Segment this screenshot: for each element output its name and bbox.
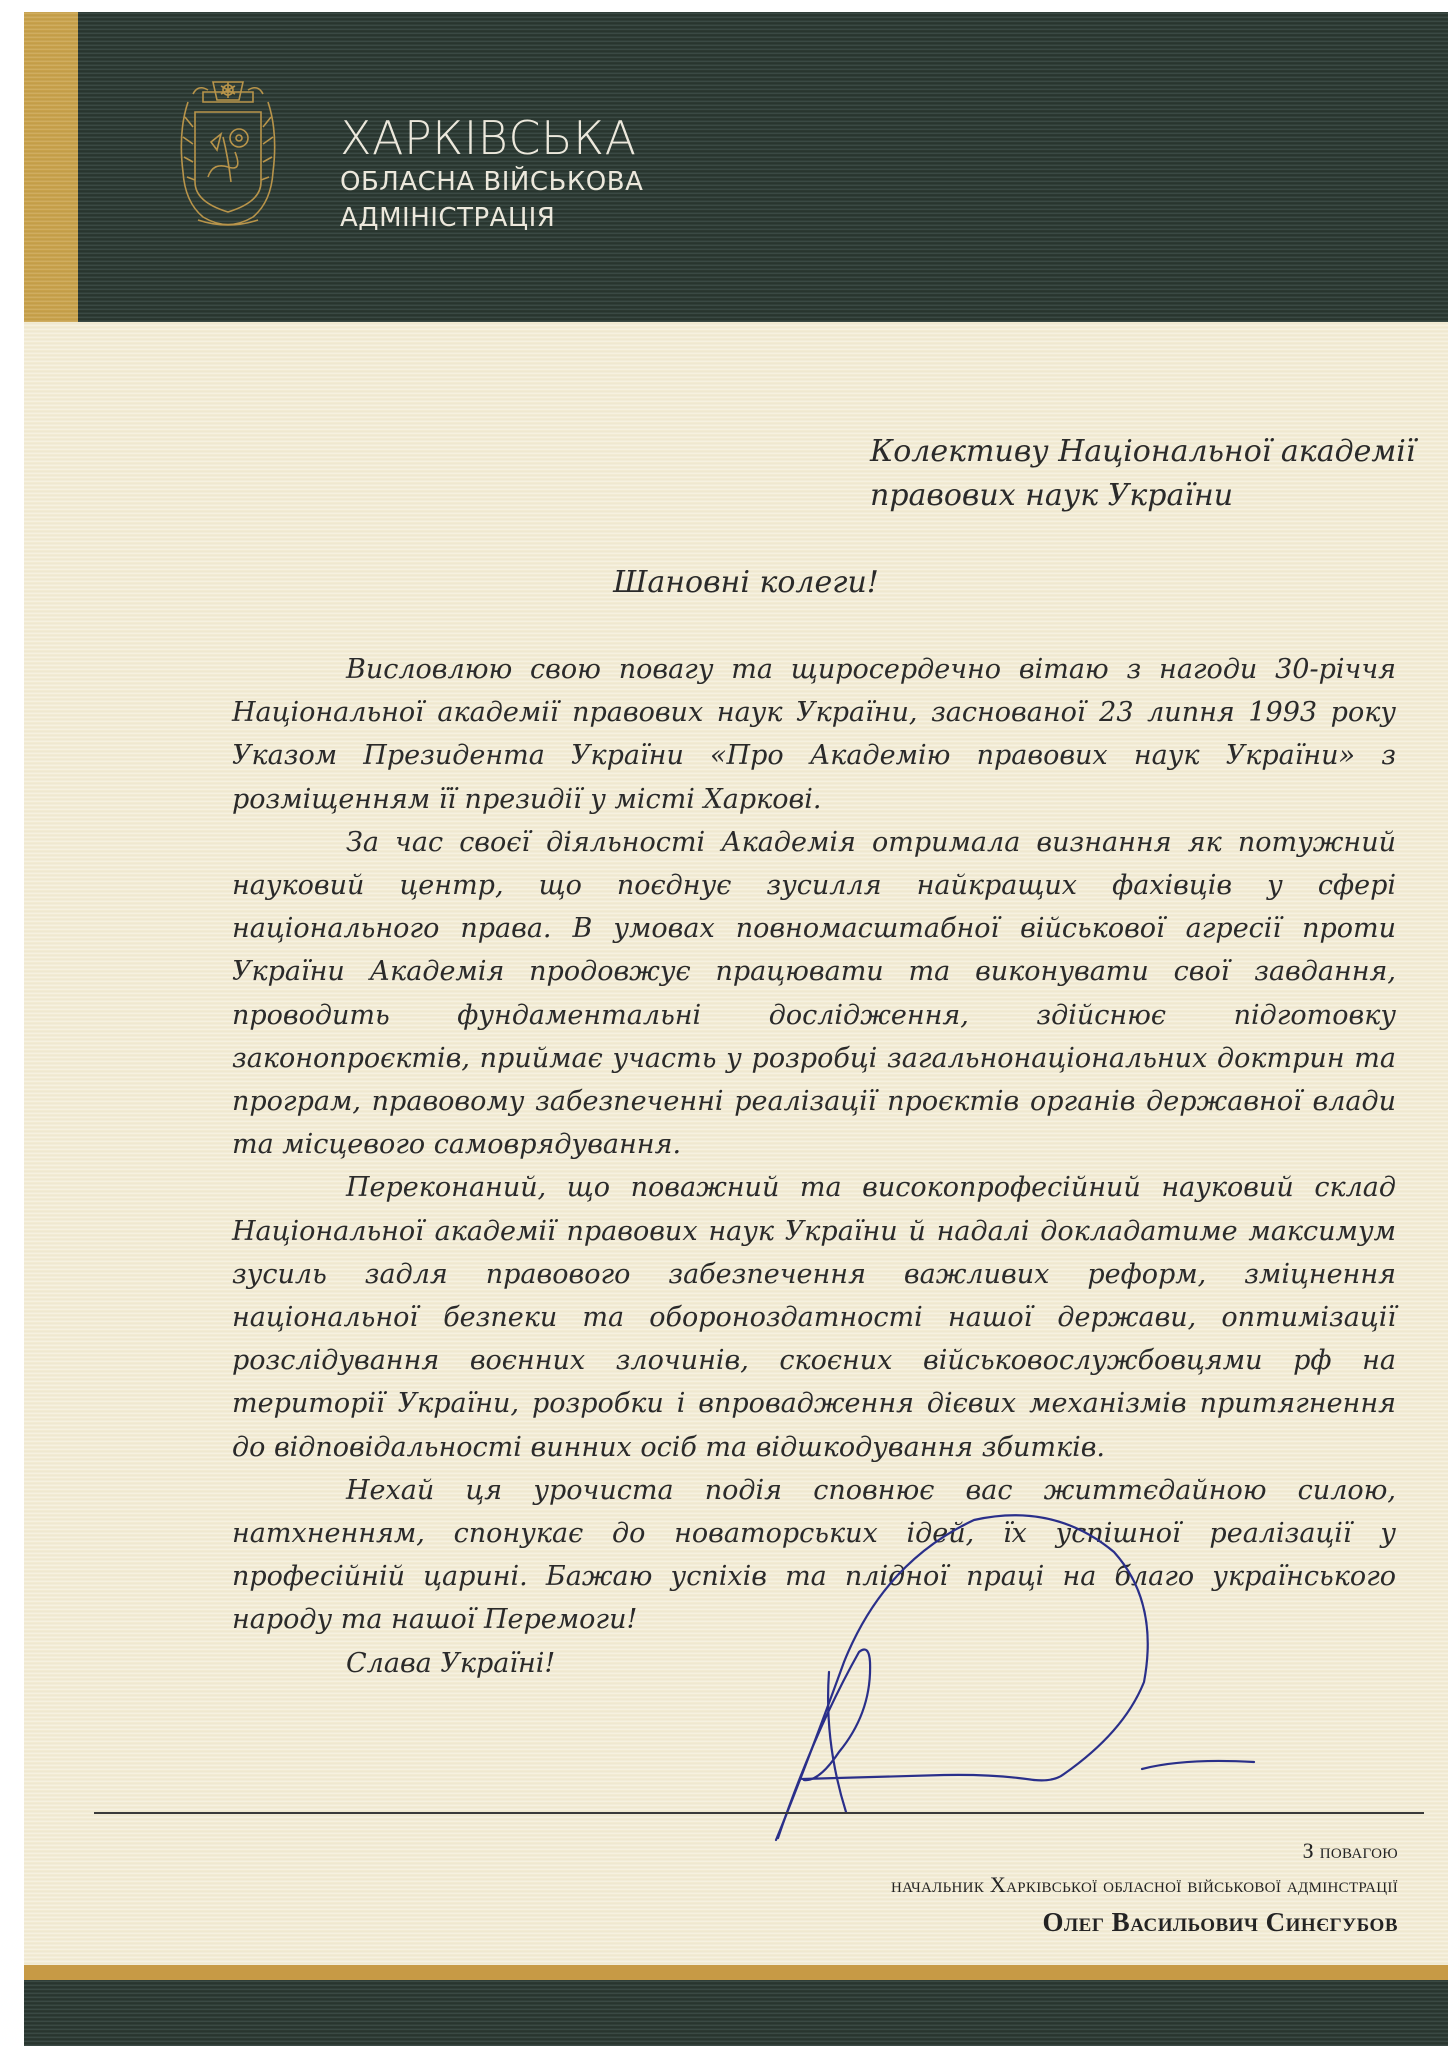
- letter-body: Висловлюю свою повагу та щиросердечно ві…: [232, 648, 1396, 1685]
- signoff-block: З повагою начальник Харківської обласної…: [891, 1834, 1398, 1942]
- organization-title: ХАРКІВСЬКА ОБЛАСНА ВІЙСЬКОВА АДМІНІСТРАЦ…: [340, 112, 643, 236]
- closing-exclamation: Слава Україні!: [232, 1642, 1396, 1685]
- footer-gold-stripe: [24, 1965, 1448, 1980]
- letterhead-green-band: ХАРКІВСЬКА ОБЛАСНА ВІЙСЬКОВА АДМІНІСТРАЦ…: [78, 12, 1448, 322]
- org-title-line-1: ХАРКІВСЬКА: [340, 112, 643, 164]
- signer-name: Олег Васильович Синєгубов: [891, 1902, 1398, 1942]
- signer-position: начальник Харківської обласної військово…: [891, 1868, 1398, 1902]
- recipient-line-1: Колективу Національної академії: [870, 430, 1415, 474]
- coat-of-arms-icon: [173, 72, 283, 232]
- org-title-line-2: ОБЛАСНА ВІЙСЬКОВА: [340, 164, 643, 200]
- regards-text: З повагою: [891, 1834, 1398, 1868]
- signature-divider: [94, 1812, 1424, 1814]
- letter-page: ХАРКІВСЬКА ОБЛАСНА ВІЙСЬКОВА АДМІНІСТРАЦ…: [24, 12, 1448, 2046]
- body-paragraph: Переконаний, що поважний та високопрофес…: [232, 1166, 1396, 1468]
- body-paragraph: Нехай ця урочиста подія сповнює вас житт…: [232, 1469, 1396, 1642]
- body-paragraph: Висловлюю свою повагу та щиросердечно ві…: [232, 648, 1396, 821]
- org-title-line-3: АДМІНІСТРАЦІЯ: [340, 200, 643, 236]
- recipient-line-2: правових наук України: [870, 474, 1415, 518]
- body-paragraph: За час своєї діяльності Академія отримал…: [232, 821, 1396, 1167]
- recipient-block: Колективу Національної академії правових…: [870, 430, 1415, 518]
- letterhead-banner: ХАРКІВСЬКА ОБЛАСНА ВІЙСЬКОВА АДМІНІСТРАЦ…: [24, 12, 1448, 322]
- gold-stripe: [24, 12, 78, 322]
- footer-green-band: [24, 1980, 1448, 2046]
- salutation: Шановні колеги!: [24, 565, 1448, 600]
